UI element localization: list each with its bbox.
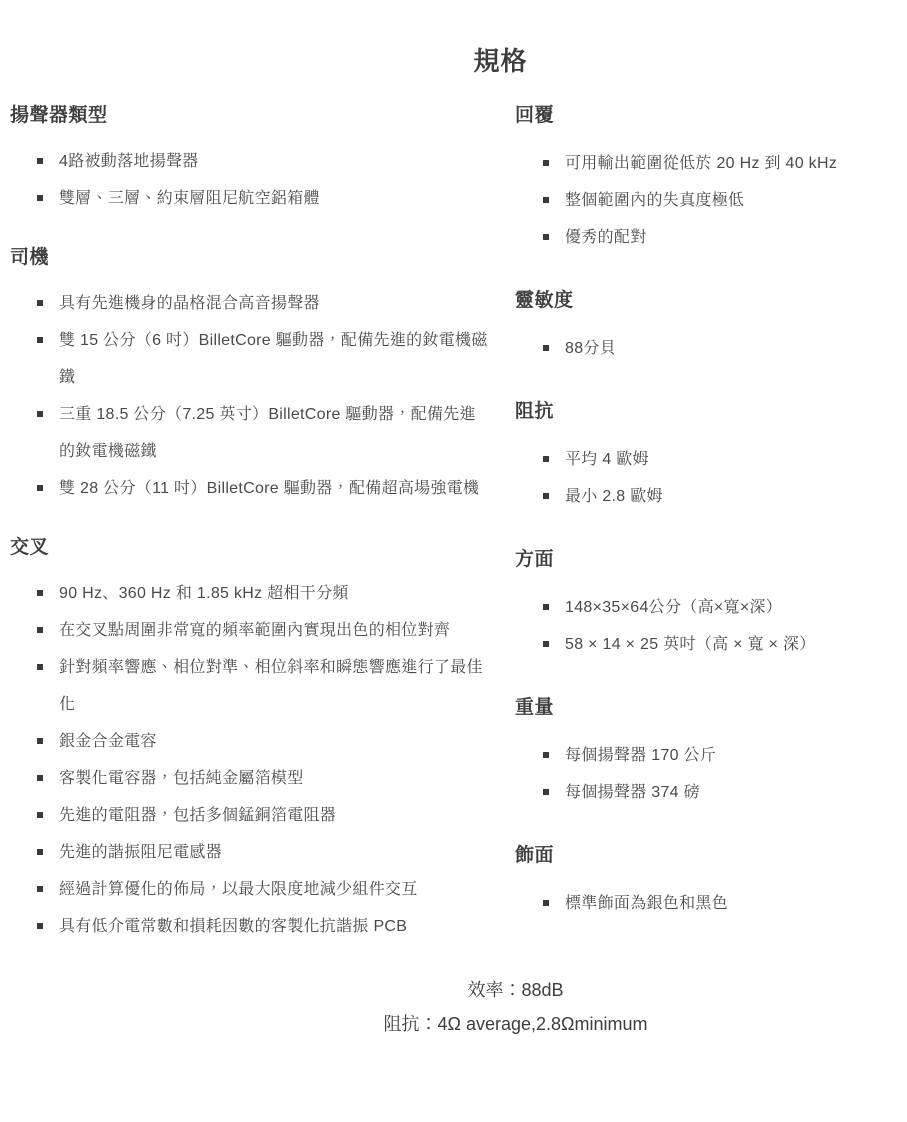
spec-list-item: 三重 18.5 公分（7.25 英寸）BilletCore 驅動器，配備先進的釹… bbox=[37, 396, 488, 470]
spec-item-text: 標準飾面為銀色和黑色 bbox=[565, 895, 728, 912]
spec-list-item: 雙 15 公分（6 吋）BilletCore 驅動器，配備先進的釹電機磁鐵 bbox=[37, 322, 488, 396]
spec-list-item: 銀金合金電容 bbox=[37, 723, 488, 760]
spec-item-text: 最小 2.8 歐姆 bbox=[565, 488, 663, 505]
spec-list-item: 每個揚聲器 374 磅 bbox=[543, 774, 907, 811]
bullet-square-icon bbox=[37, 590, 43, 596]
section-heading: 飾面 bbox=[515, 843, 907, 869]
bullet-square-icon bbox=[543, 752, 549, 758]
spec-list: 90 Hz、360 Hz 和 1.85 kHz 超相干分頻 在交叉點周圍非常寬的… bbox=[10, 575, 488, 945]
spec-item-text: 經過計算優化的佈局，以最大限度地減少組件交互 bbox=[59, 881, 418, 898]
spec-list-item: 具有低介電常數和損耗因數的客製化抗諧振 PCB bbox=[37, 908, 488, 945]
spec-item-text: 三重 18.5 公分（7.25 英寸）BilletCore 驅動器，配備先進的釹… bbox=[59, 406, 476, 460]
section-heading: 交叉 bbox=[10, 535, 488, 561]
section-heading: 靈敏度 bbox=[515, 288, 907, 314]
bullet-square-icon bbox=[37, 664, 43, 670]
footer-summary: 效率：88dB 阻抗：4Ω average,2.8Ωminimum bbox=[0, 973, 907, 1041]
spec-item-text: 每個揚聲器 374 磅 bbox=[565, 784, 700, 801]
spec-list-item: 雙層、三層、約束層阻尼航空鋁箱體 bbox=[37, 180, 488, 217]
spec-list-item: 先進的諧振阻尼電感器 bbox=[37, 834, 488, 871]
bullet-square-icon bbox=[37, 627, 43, 633]
spec-item-text: 具有低介電常數和損耗因數的客製化抗諧振 PCB bbox=[59, 918, 407, 935]
footer-impedance-line: 阻抗：4Ω average,2.8Ωminimum bbox=[124, 1007, 907, 1041]
spec-list-item: 雙 28 公分（11 吋）BilletCore 驅動器，配備超高場強電機 bbox=[37, 470, 488, 507]
spec-list-item: 最小 2.8 歐姆 bbox=[543, 478, 907, 515]
spec-item-text: 整個範圍內的失真度極低 bbox=[565, 192, 744, 209]
spec-list: 每個揚聲器 170 公斤 每個揚聲器 374 磅 bbox=[515, 737, 907, 811]
spec-list-item: 客製化電容器，包括純金屬箔模型 bbox=[37, 760, 488, 797]
bullet-square-icon bbox=[37, 923, 43, 929]
bullet-square-icon bbox=[543, 345, 549, 351]
spec-list-item: 可用輸出範圍從低於 20 Hz 到 40 kHz bbox=[543, 145, 907, 182]
spec-list: 88分貝 bbox=[515, 330, 907, 367]
spec-list-item: 具有先進機身的晶格混合高音揚聲器 bbox=[37, 285, 488, 322]
spec-list-item: 90 Hz、360 Hz 和 1.85 kHz 超相干分頻 bbox=[37, 575, 488, 612]
spec-list-item: 4路被動落地揚聲器 bbox=[37, 143, 488, 180]
section-finish: 飾面 標準飾面為銀色和黑色 bbox=[515, 843, 907, 922]
section-drivers: 司機 具有先進機身的晶格混合高音揚聲器 雙 15 公分（6 吋）BilletCo… bbox=[10, 245, 488, 507]
bullet-square-icon bbox=[543, 234, 549, 240]
spec-list-item: 88分貝 bbox=[543, 330, 907, 367]
spec-item-text: 在交叉點周圍非常寬的頻率範圍內實現出色的相位對齊 bbox=[59, 622, 450, 639]
spec-item-text: 針對頻率響應、相位對準、相位斜率和瞬態響應進行了最佳化 bbox=[59, 659, 483, 713]
section-crossover: 交叉 90 Hz、360 Hz 和 1.85 kHz 超相干分頻 在交叉點周圍非… bbox=[10, 535, 488, 945]
bullet-square-icon bbox=[543, 641, 549, 647]
spec-list-item: 標準飾面為銀色和黑色 bbox=[543, 885, 907, 922]
spec-list: 標準飾面為銀色和黑色 bbox=[515, 885, 907, 922]
spec-item-text: 可用輸出範圍從低於 20 Hz 到 40 kHz bbox=[565, 155, 837, 172]
spec-item-text: 雙層、三層、約束層阻尼航空鋁箱體 bbox=[59, 190, 320, 207]
spec-list-item: 平均 4 歐姆 bbox=[543, 441, 907, 478]
spec-list: 具有先進機身的晶格混合高音揚聲器 雙 15 公分（6 吋）BilletCore … bbox=[10, 285, 488, 507]
bullet-square-icon bbox=[37, 849, 43, 855]
spec-item-text: 客製化電容器，包括純金屬箔模型 bbox=[59, 770, 304, 787]
bullet-square-icon bbox=[37, 158, 43, 164]
spec-list-item: 每個揚聲器 170 公斤 bbox=[543, 737, 907, 774]
spec-item-text: 具有先進機身的晶格混合高音揚聲器 bbox=[59, 295, 320, 312]
section-heading: 阻抗 bbox=[515, 399, 907, 425]
bullet-square-icon bbox=[543, 197, 549, 203]
bullet-square-icon bbox=[543, 493, 549, 499]
bullet-square-icon bbox=[543, 789, 549, 795]
spec-item-text: 銀金合金電容 bbox=[59, 733, 157, 750]
bullet-square-icon bbox=[37, 812, 43, 818]
page-title: 規格 bbox=[0, 17, 907, 79]
section-speaker-type: 揚聲器類型 4路被動落地揚聲器 雙層、三層、約束層阻尼航空鋁箱體 bbox=[10, 103, 488, 217]
spec-item-text: 雙 15 公分（6 吋）BilletCore 驅動器，配備先進的釹電機磁鐵 bbox=[59, 332, 488, 386]
spec-list-item: 優秀的配對 bbox=[543, 219, 907, 256]
section-dimensions: 方面 148×35×64公分（高×寬×深） 58 × 14 × 25 英吋（高 … bbox=[515, 547, 907, 663]
bullet-square-icon bbox=[37, 337, 43, 343]
bullet-square-icon bbox=[37, 485, 43, 491]
spec-item-text: 58 × 14 × 25 英吋（高 × 寬 × 深） bbox=[565, 636, 816, 653]
bullet-square-icon bbox=[37, 411, 43, 417]
spec-item-text: 90 Hz、360 Hz 和 1.85 kHz 超相干分頻 bbox=[59, 585, 349, 602]
section-heading: 揚聲器類型 bbox=[10, 103, 488, 129]
spec-list: 148×35×64公分（高×寬×深） 58 × 14 × 25 英吋（高 × 寬… bbox=[515, 589, 907, 663]
spec-list-item: 先進的電阻器，包括多個錳銅箔電阻器 bbox=[37, 797, 488, 834]
section-heading: 重量 bbox=[515, 695, 907, 721]
spec-item-text: 88分貝 bbox=[565, 340, 616, 357]
spec-list: 可用輸出範圍從低於 20 Hz 到 40 kHz 整個範圍內的失真度極低 優秀的… bbox=[515, 145, 907, 256]
spec-item-text: 雙 28 公分（11 吋）BilletCore 驅動器，配備超高場強電機 bbox=[59, 480, 479, 497]
section-response: 回覆 可用輸出範圍從低於 20 Hz 到 40 kHz 整個範圍內的失真度極低 … bbox=[515, 103, 907, 256]
section-heading: 回覆 bbox=[515, 103, 907, 129]
bullet-square-icon bbox=[543, 160, 549, 166]
section-weight: 重量 每個揚聲器 170 公斤 每個揚聲器 374 磅 bbox=[515, 695, 907, 811]
section-heading: 司機 bbox=[10, 245, 488, 271]
spec-columns: 揚聲器類型 4路被動落地揚聲器 雙層、三層、約束層阻尼航空鋁箱體 司機 具有先進… bbox=[0, 103, 907, 945]
spec-list-item: 在交叉點周圍非常寬的頻率範圍內實現出色的相位對齊 bbox=[37, 612, 488, 649]
spec-item-text: 平均 4 歐姆 bbox=[565, 451, 649, 468]
spec-item-text: 先進的諧振阻尼電感器 bbox=[59, 844, 222, 861]
bullet-square-icon bbox=[37, 195, 43, 201]
specifications-page: 規格 揚聲器類型 4路被動落地揚聲器 雙層、三層、約束層阻尼航空鋁箱體 司機 具… bbox=[0, 0, 907, 1122]
bullet-square-icon bbox=[543, 900, 549, 906]
section-impedance: 阻抗 平均 4 歐姆 最小 2.8 歐姆 bbox=[515, 399, 907, 515]
spec-list-item: 針對頻率響應、相位對準、相位斜率和瞬態響應進行了最佳化 bbox=[37, 649, 488, 723]
spec-list-item: 經過計算優化的佈局，以最大限度地減少組件交互 bbox=[37, 871, 488, 908]
bullet-square-icon bbox=[543, 604, 549, 610]
spec-list-item: 58 × 14 × 25 英吋（高 × 寬 × 深） bbox=[543, 626, 907, 663]
spec-list: 平均 4 歐姆 最小 2.8 歐姆 bbox=[515, 441, 907, 515]
footer-efficiency-line: 效率：88dB bbox=[124, 973, 907, 1007]
spec-item-text: 優秀的配對 bbox=[565, 229, 647, 246]
bullet-square-icon bbox=[37, 886, 43, 892]
bullet-square-icon bbox=[37, 775, 43, 781]
right-column: 回覆 可用輸出範圍從低於 20 Hz 到 40 kHz 整個範圍內的失真度極低 … bbox=[488, 103, 907, 945]
left-column: 揚聲器類型 4路被動落地揚聲器 雙層、三層、約束層阻尼航空鋁箱體 司機 具有先進… bbox=[10, 103, 488, 945]
spec-item-text: 每個揚聲器 170 公斤 bbox=[565, 747, 716, 764]
section-heading: 方面 bbox=[515, 547, 907, 573]
bullet-square-icon bbox=[37, 300, 43, 306]
spec-list-item: 整個範圍內的失真度極低 bbox=[543, 182, 907, 219]
bullet-square-icon bbox=[37, 738, 43, 744]
spec-item-text: 先進的電阻器，包括多個錳銅箔電阻器 bbox=[59, 807, 336, 824]
spec-item-text: 148×35×64公分（高×寬×深） bbox=[565, 599, 782, 616]
spec-list-item: 148×35×64公分（高×寬×深） bbox=[543, 589, 907, 626]
spec-item-text: 4路被動落地揚聲器 bbox=[59, 153, 199, 170]
section-sensitivity: 靈敏度 88分貝 bbox=[515, 288, 907, 367]
spec-list: 4路被動落地揚聲器 雙層、三層、約束層阻尼航空鋁箱體 bbox=[10, 143, 488, 217]
bullet-square-icon bbox=[543, 456, 549, 462]
